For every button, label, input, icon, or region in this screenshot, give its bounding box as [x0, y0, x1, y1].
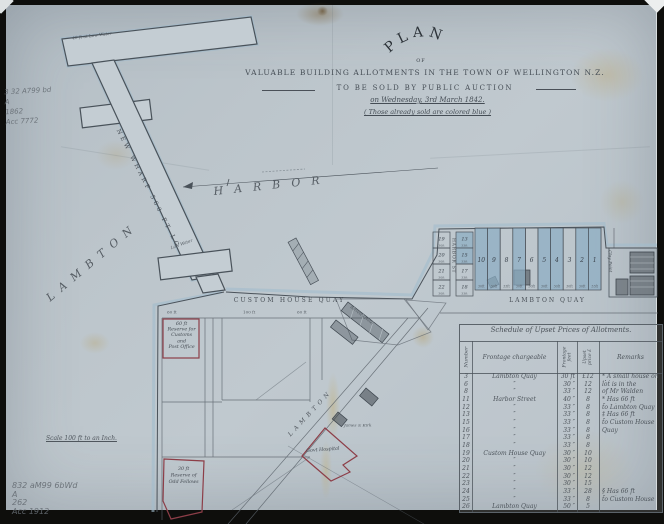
schedule-row-17: 17″33 ″8: [460, 434, 662, 442]
schedule-cell: 12: [460, 404, 472, 412]
schedule-cell: 20: [460, 457, 472, 465]
schedule-cell: ″: [472, 465, 557, 473]
schedule-cell: [599, 434, 662, 442]
title-date: on Wednesday, 3rd March 1842.: [370, 96, 485, 104]
lot-number: 8: [505, 257, 509, 264]
title-line1: VALUABLE BUILDING ALLOTMENTS IN THE TOWN…: [235, 68, 615, 77]
schedule-header-row: Number Frontage chargeable Frontage feet…: [460, 341, 662, 373]
schedule-row-11: 11Harbor Street40 ″8* Has 66 ft frontage: [460, 396, 662, 404]
lot-number: 15: [461, 253, 467, 259]
jetty: [288, 238, 318, 285]
lot-number: 21: [437, 269, 444, 275]
label-lambton-quay: LAMBTON QUAY: [505, 297, 590, 304]
schedule-cell: 3: [460, 373, 472, 381]
schedule-cell: 25: [460, 496, 472, 504]
schedule-cell: ″: [472, 381, 557, 389]
schedule-cell: 33 ″: [557, 427, 577, 435]
existing-buildings: [609, 248, 657, 297]
schedule-cell: ‡ Has 66 ft frontage: [599, 411, 662, 419]
schedule-cell: 8: [577, 442, 599, 450]
col-header-remarks: Remarks: [599, 341, 662, 373]
schedule-cell: ″: [472, 434, 557, 442]
schedule-cell: 8: [577, 434, 599, 442]
lot-dim: 33ft: [591, 285, 598, 289]
dim-60ft-a: 60 ft: [167, 310, 177, 315]
lot-number: 10: [477, 257, 485, 264]
lot-dim: 30ft: [516, 285, 523, 289]
schedule-cell: of Mr Walden: [599, 388, 662, 396]
schedule-table: Schedule of Upset Prices of Allotments. …: [459, 324, 663, 513]
schedule-cell: 12: [577, 388, 599, 396]
schedule-cell: 30 ″: [557, 473, 577, 481]
lot-dim: 30ft: [438, 292, 445, 296]
schedule-row-18: 18″33 ″8: [460, 442, 662, 450]
harbor-st-lots-west: 1930ft2030ft2130ft2230ft: [433, 232, 450, 296]
schedule-cell: ″: [472, 457, 557, 465]
lot-number: 4: [554, 257, 559, 264]
schedule-cell: [599, 503, 662, 511]
schedule-cell: 16: [460, 427, 472, 435]
scale-note: Scale 100 ft to an Inch.: [46, 435, 117, 442]
schedule-cell: Harbor Street: [472, 396, 557, 404]
schedule-row-21: 21″30 ″12: [460, 465, 662, 473]
schedule-cell: 21: [460, 465, 472, 473]
schedule-cell: to Custom House: [599, 419, 662, 427]
schedule-cell: 30 ″: [557, 450, 577, 458]
hospital-outline: [302, 428, 357, 481]
schedule-row-26: 26Lambton Quay50 ″5: [460, 503, 662, 511]
schedule-cell: 33 ″: [557, 404, 577, 412]
title-plan: PLAN: [381, 24, 448, 56]
schedule-row-19: 19Custom House Quay30 ″10: [460, 450, 662, 458]
lot-number: 19: [438, 237, 445, 243]
dash-right: [536, 89, 576, 90]
schedule-cell: 33 ″: [557, 496, 577, 504]
schedule-cell: § Has 66 ft frontage: [599, 488, 662, 496]
schedule-cell: 33 ″: [557, 488, 577, 496]
title-note: ( Those already sold are colored blue ): [360, 108, 495, 116]
schedule-cell: * Has 66 ft frontage: [599, 396, 662, 404]
col-header-feet: Frontage feet: [557, 341, 577, 373]
lot-dim: 30ft: [438, 260, 445, 264]
james-kirk-label: James & Kirk: [344, 423, 371, 428]
schedule-row-23: 23″30 ″15: [460, 480, 662, 488]
schedule-cell: 13: [460, 411, 472, 419]
schedule-cell: 23: [460, 480, 472, 488]
schedule-row-24: 24″33 ″28§ Has 66 ft frontage: [460, 488, 662, 496]
schedule-cell: 30 ft: [557, 373, 577, 381]
schedule-cell: ″: [472, 388, 557, 396]
lot-dim: 30ft: [491, 285, 498, 289]
label-custom-house-quay: CUSTOM HOUSE QUAY: [222, 297, 357, 304]
schedule-cell: 19: [460, 450, 472, 458]
customs-reserve-label: 60 ftReserve forCustomsandPost Office: [164, 321, 199, 350]
lot-dim: 30ft: [579, 285, 586, 289]
label-clay-point: Clay Point: [607, 250, 613, 272]
schedule-cell: 33 ″: [557, 442, 577, 450]
schedule-cell: [599, 442, 662, 450]
col-header-frontage: Frontage chargeable: [472, 341, 557, 373]
schedule-cell: 11: [460, 396, 472, 404]
schedule-cell: 22: [460, 473, 472, 481]
lot-number: 7: [517, 257, 521, 264]
odd-fellows-line: Odd Fellows: [166, 479, 201, 485]
lot-number: 20: [437, 253, 445, 259]
lot-dim: 30ft: [566, 285, 573, 289]
col-header-number: Number: [460, 341, 472, 373]
schedule-cell: 8: [577, 427, 599, 435]
lot-dim: 33ft: [461, 276, 468, 280]
schedule-cell: Custom House Quay: [472, 450, 557, 458]
scanned-map-photo: 1030ft930ft833ft730ft630ft530ft430ft330f…: [0, 0, 664, 524]
odd-fellows-label: 30 ftReserve ofOdd Fellows: [166, 466, 201, 485]
schedule-cell: 8: [577, 496, 599, 504]
schedule-cell: 28: [577, 488, 599, 496]
schedule-cell: [599, 450, 662, 458]
schedule-row-13: 13″33 ″8‡ Has 66 ft frontage: [460, 411, 662, 419]
schedule-cell: ″: [472, 442, 557, 450]
schedule-cell: 33 ″: [557, 411, 577, 419]
schedule-cell: 8: [577, 396, 599, 404]
schedule-title: Schedule of Upset Prices of Allotments.: [460, 326, 662, 334]
lot-dim: 33ft: [461, 260, 468, 264]
lot-dim: 30ft: [554, 285, 561, 289]
schedule-cell: 33 ″: [557, 419, 577, 427]
schedule-cell: £12: [577, 373, 599, 381]
schedule-cell: 30 ″: [557, 480, 577, 488]
schedule-cell: 5: [577, 503, 599, 511]
lot-dim: 30ft: [528, 285, 535, 289]
schedule-cell: to Lambton Quay: [599, 404, 662, 412]
schedule-row-12: 12″33 ″8to Lambton Quay: [460, 404, 662, 412]
schedule-cell: Lambton Quay: [472, 503, 557, 511]
schedule-cell: [599, 457, 662, 465]
dim-100ft: 100 ft: [243, 310, 255, 315]
lot-number: 2: [579, 257, 584, 264]
lot-number: 3: [568, 257, 572, 264]
schedule-cell: lot is in the occupation: [599, 381, 662, 389]
schedule-cell: 30 ″: [557, 465, 577, 473]
lot-dim: 30ft: [541, 285, 548, 289]
schedule-cell: ″: [472, 404, 557, 412]
schedule-cell: 33 ″: [557, 434, 577, 442]
lot-dim: 33ft: [461, 292, 468, 296]
schedule-cell: [599, 473, 662, 481]
new-wharf: [62, 17, 257, 293]
schedule-cell: 8: [577, 419, 599, 427]
schedule-cell: ″: [472, 473, 557, 481]
lot-number: 22: [437, 285, 444, 291]
schedule-cell: 17: [460, 434, 472, 442]
schedule-cell: [599, 480, 662, 488]
dash-left: [262, 90, 315, 91]
schedule-row-3: 3Lambton Quay30 ft£12* A small house on …: [460, 373, 662, 381]
lot-number: 9: [492, 257, 496, 264]
schedule-cell: 24: [460, 488, 472, 496]
title-line2: TO BE SOLD BY PUBLIC AUCTION: [320, 84, 530, 92]
lambton-quay-lots: 1030ft930ft833ft730ft630ft530ft430ft330f…: [475, 228, 601, 290]
schedule-cell: ″: [472, 419, 557, 427]
schedule-cell: 18: [460, 442, 472, 450]
lot-number: 5: [542, 257, 546, 264]
dim-60ft-b: 60 ft: [297, 310, 307, 315]
label-harbor-st: HARBOR ST: [451, 238, 456, 273]
schedule-cell: 30 ″: [557, 381, 577, 389]
schedule-cell: 33 ″: [557, 388, 577, 396]
pencil-line: Acc 1912: [12, 508, 78, 517]
schedule-body: 3Lambton Quay30 ft£12* A small house on …: [460, 373, 662, 511]
title-of: OF: [416, 58, 426, 64]
schedule-cell: 12: [577, 465, 599, 473]
schedule-cell: 8: [460, 388, 472, 396]
schedule-cell: 12: [577, 473, 599, 481]
schedule-cell: ″: [472, 480, 557, 488]
schedule-row-22: 22″30 ″12: [460, 473, 662, 481]
lot-number: 6: [530, 257, 534, 264]
pencil-line: 832 aM99 6bWd: [12, 482, 78, 491]
schedule-row-6: 6″30 ″12lot is in the occupation: [460, 381, 662, 389]
schedule-cell: * A small house on this: [599, 373, 662, 381]
lot-dim: 30ft: [478, 285, 485, 289]
schedule-cell: 30 ″: [557, 457, 577, 465]
lot-dim: 33ft: [503, 285, 510, 289]
schedule-row-15: 15″33 ″8to Custom House: [460, 419, 662, 427]
schedule-cell: 50 ″: [557, 503, 577, 511]
lot-dim: 30ft: [438, 276, 445, 280]
schedule-cell: Quay: [599, 427, 662, 435]
lot-dim: 33ft: [461, 244, 468, 248]
schedule-cell: [599, 465, 662, 473]
harbor-st-lots-east: 1333ft1533ft1733ft1833ft: [456, 232, 473, 296]
schedule-cell: ″: [472, 496, 557, 504]
schedule-cell: 15: [577, 480, 599, 488]
schedule-cell: 6: [460, 381, 472, 389]
pencil-note-top-left: 3 32 A799 bdA1862Acc 7772: [4, 85, 53, 127]
customs-reserve-line: Post Office: [164, 344, 199, 350]
schedule-cell: to Custom House Quay: [599, 496, 662, 504]
schedule-cell: ″: [472, 411, 557, 419]
schedule-cell: 12: [577, 381, 599, 389]
lot-dim: 30ft: [438, 244, 445, 248]
schedule-row-16: 16″33 ″8Quay: [460, 427, 662, 435]
lot-number: 1: [593, 257, 597, 264]
schedule-cell: ″: [472, 427, 557, 435]
schedule-cell: 10: [577, 450, 599, 458]
schedule-cell: 15: [460, 419, 472, 427]
schedule-cell: 26: [460, 503, 472, 511]
schedule-row-25: 25″33 ″8to Custom House Quay: [460, 496, 662, 504]
pencil-note-bottom-left: 832 aM99 6bWdA262Acc 1912: [12, 482, 78, 516]
schedule-row-8: 8″33 ″12of Mr Walden: [460, 388, 662, 396]
schedule-cell: 40 ″: [557, 396, 577, 404]
schedule-row-20: 20″30 ″10: [460, 457, 662, 465]
lot-number: 18: [461, 285, 467, 291]
col-header-price: Upset price £: [577, 341, 599, 373]
schedule-cell: 8: [577, 411, 599, 419]
lot-number: 17: [461, 269, 468, 275]
lot-number: 13: [461, 237, 467, 243]
schedule-cell: 8: [577, 404, 599, 412]
schedule-cell: 10: [577, 457, 599, 465]
schedule-cell: ″: [472, 488, 557, 496]
schedule-cell: Lambton Quay: [472, 373, 557, 381]
